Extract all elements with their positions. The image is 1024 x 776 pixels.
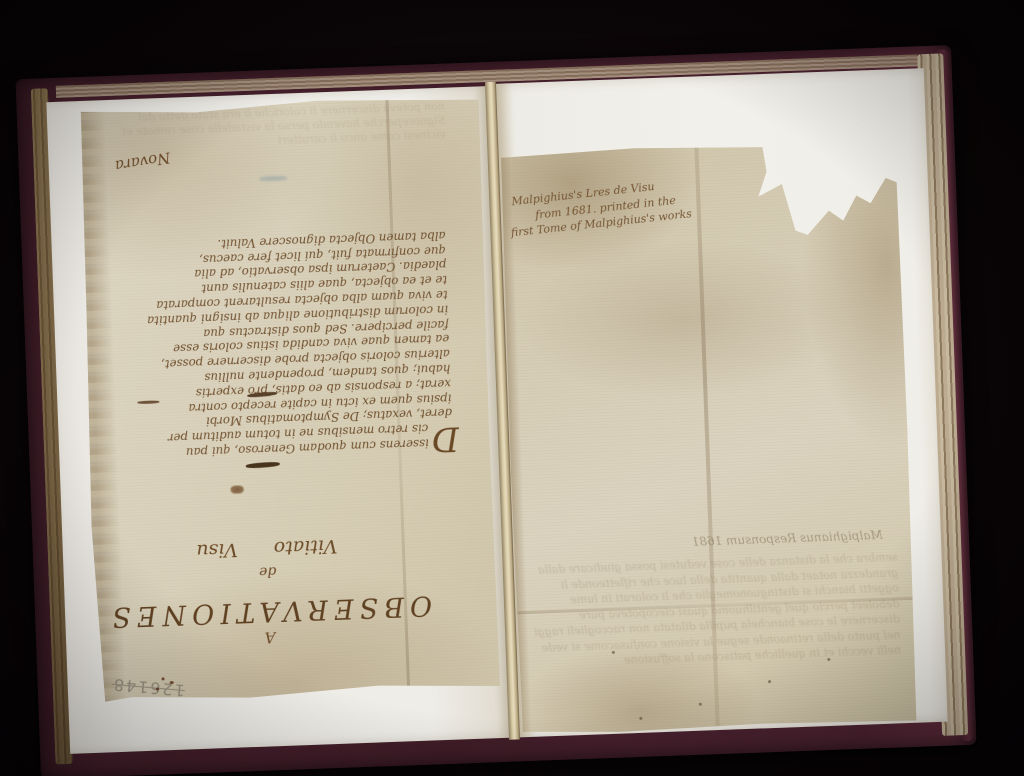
letter-body-lines: isserens cum quodam Generoso, qui paucis… — [93, 228, 453, 463]
photo-stage: non poteva discernere li coloriche li er… — [0, 0, 1024, 776]
left-manuscript-leaf: non poteva discernere li coloriche li er… — [75, 92, 501, 706]
foxing-spot — [768, 680, 771, 683]
foxing-spot — [612, 651, 615, 654]
open-book: non poteva discernere li coloriche li er… — [15, 45, 976, 776]
foxing-spot — [827, 658, 830, 661]
right-manuscript-leaf: Malpighius's Lres de Visu from 1681. pri… — [498, 135, 919, 737]
bleedthrough-line: che patiscono la soffusione — [624, 648, 775, 667]
manuscript-title-block: A OBSERVATIONES de Vitiato Visu — [65, 530, 473, 654]
ink-speck — [156, 688, 159, 691]
letter-signature: Novara — [114, 148, 172, 175]
upside-down-letter: 126148 A OBSERVATIONES de Vitiato Visu D… — [75, 92, 501, 706]
foxing-spot — [699, 703, 702, 706]
ink-speck — [162, 677, 165, 680]
foxing-spot — [639, 717, 642, 720]
ink-blot — [231, 485, 244, 493]
pencil-shelfmark: 126148 — [111, 675, 185, 700]
bleedthrough-text-right: sembra che la distanza delle cose vedute… — [528, 549, 902, 671]
flourished-initial: D — [431, 425, 459, 452]
letter-body: D isserens cum quodam Generoso, qui pauc… — [93, 228, 453, 463]
